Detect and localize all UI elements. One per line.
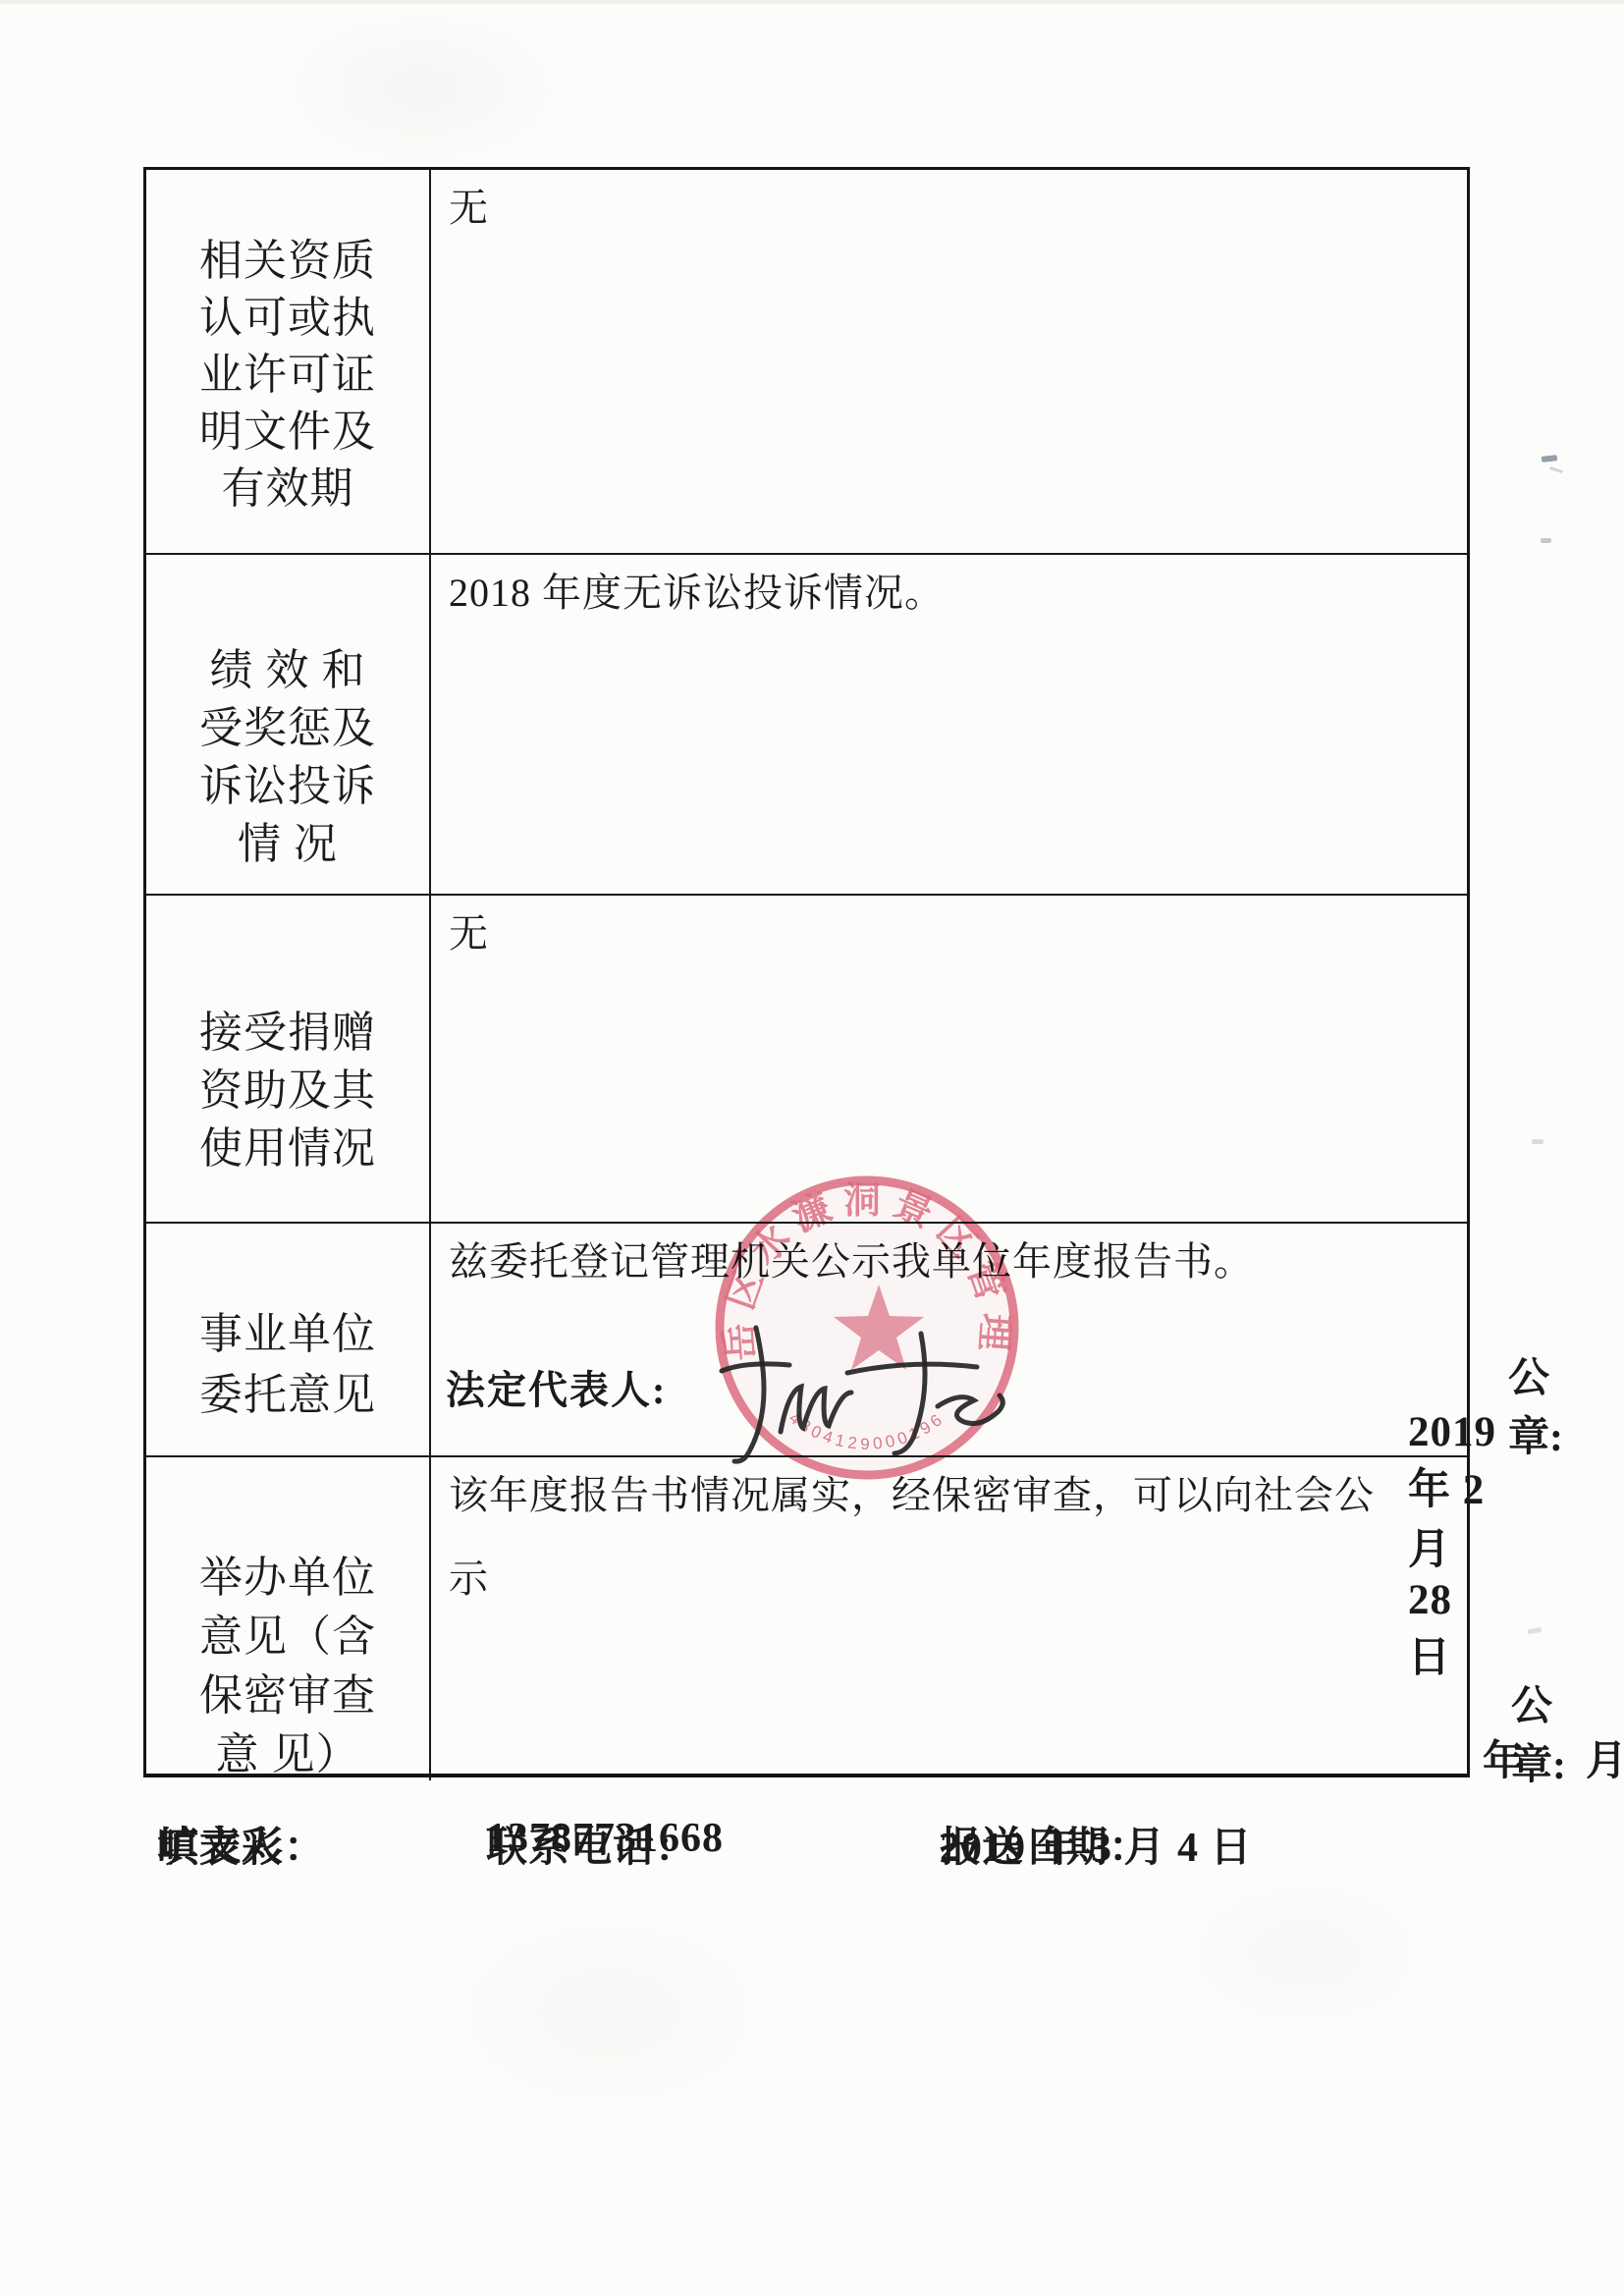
scanned-report-page: 相关资质 认可或执 业许可证 明文件及 有效期 无 绩 效 和 受奖惩及 诉讼投…: [0, 0, 1624, 2296]
row-label-sponsor-opinion: 举办单位 意见（含 保密审查 意 见）: [146, 1457, 431, 1780]
row-label-entity-opinion: 事业单位 委托意见: [146, 1224, 431, 1455]
legal-representative-label: 法定代表人:: [446, 1359, 667, 1415]
label-line: 相关资质: [146, 233, 429, 290]
cell-value: 2018 年度无诉讼投诉情况。: [449, 571, 1455, 616]
row-label-qualifications: 相关资质 认可或执 业许可证 明文件及 有效期: [146, 170, 431, 553]
row-content-sponsor-opinion: 该年度报告书情况属实，经保密审查，可以向社会公 示 公章: 年 月 日: [433, 1457, 1467, 1780]
scan-speck: [1549, 466, 1563, 473]
scan-speck: [1532, 1139, 1543, 1144]
label-line: 有效期: [146, 461, 429, 518]
table-row-sponsor-opinion: 举办单位 意见（含 保密审查 意 见） 该年度报告书情况属实，经保密审查，可以向…: [146, 1457, 1467, 1780]
label-line: 认可或执: [146, 290, 429, 347]
footer-info-line: 填表人：旷文彩 联系电话：13787731668 报送日期：2019 年 3 月…: [0, 1815, 1624, 1874]
label-line: 接受捐赠: [146, 1004, 429, 1062]
cell-value: 无: [449, 911, 1455, 957]
label-line: 使用情况: [146, 1120, 429, 1177]
label-line: 保密审查: [146, 1667, 429, 1725]
scan-speck: [1528, 1627, 1543, 1634]
label-line: 受奖惩及: [146, 699, 429, 757]
annual-report-table: 相关资质 认可或执 业许可证 明文件及 有效期 无 绩 效 和 受奖惩及 诉讼投…: [143, 167, 1470, 1777]
table-row-performance: 绩 效 和 受奖惩及 诉讼投诉 情 况 2018 年度无诉讼投诉情况。: [146, 555, 1467, 896]
blank-year-label: 年: [1483, 1728, 1524, 1787]
submit-date-value: 2019 年 3 月 4 日: [940, 1815, 1253, 1874]
legal-representative-signature: [687, 1306, 1021, 1473]
label-line: 事业单位: [146, 1304, 429, 1365]
scan-speck: [1542, 455, 1558, 463]
label-line: 委托意见: [146, 1365, 429, 1426]
scan-edge-artifact: [0, 0, 1624, 4]
table-row-qualifications: 相关资质 认可或执 业许可证 明文件及 有效期 无: [146, 170, 1467, 555]
row-label-donations: 接受捐赠 资助及其 使用情况: [146, 896, 431, 1222]
row-content-performance: 2018 年度无诉讼投诉情况。: [433, 555, 1467, 894]
label-line: 业许可证: [146, 347, 429, 404]
blank-month-label: 月: [1586, 1728, 1624, 1787]
label-line: 情 况: [146, 815, 429, 873]
review-statement-line2: 示: [449, 1548, 489, 1604]
row-content-qualifications: 无: [433, 170, 1467, 553]
label-line: 绩 效 和: [146, 641, 429, 699]
cell-value: 无: [449, 186, 1455, 231]
label-line: 举办单位: [146, 1549, 429, 1608]
label-line: 明文件及: [146, 404, 429, 461]
contact-phone-number: 13787731668: [486, 1815, 724, 1862]
label-line: 意 见）: [146, 1725, 429, 1784]
official-seal-label: 公章:: [1508, 1345, 1563, 1463]
row-label-performance: 绩 效 和 受奖惩及 诉讼投诉 情 况: [146, 555, 431, 894]
label-line: 意见（含: [146, 1608, 429, 1667]
label-line: 诉讼投诉: [146, 757, 429, 815]
label-line: 资助及其: [146, 1062, 429, 1120]
scan-speck: [1541, 538, 1551, 543]
form-filler-name: 旷文彩: [157, 1815, 284, 1874]
